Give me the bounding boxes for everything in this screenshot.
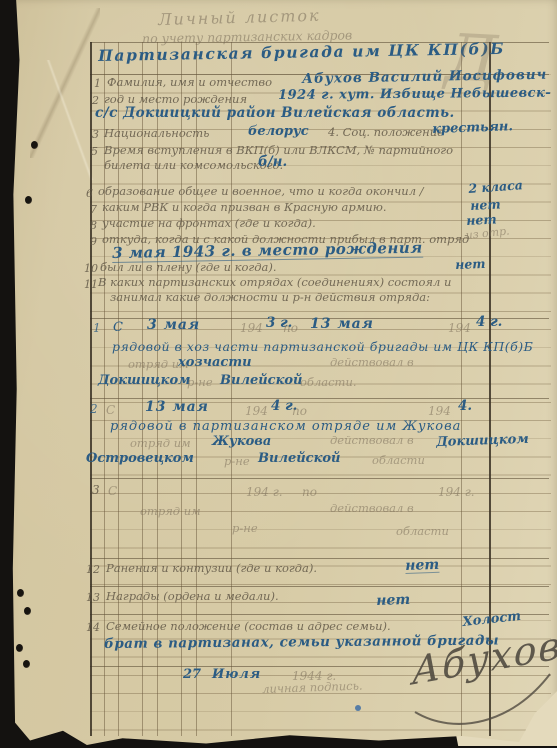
entry1-otryad: хозчасти [178,356,252,369]
punch-hole [31,141,38,149]
q13-label: Награды (ордена и медали). [106,591,279,603]
punch-hole [24,607,31,615]
entry2-acted-label: действовал в [330,435,414,447]
entry1-role: рядовой в хоз части партизанской бригады… [112,341,533,354]
q12-label: Ранения и контузии (где и когда). [106,563,317,575]
entry2-oblast: Вилейской [258,452,341,465]
entry1-number: 1 [93,322,101,334]
q4-answer: крестьян. [432,120,513,136]
q11-number: 11 [84,279,98,290]
entry1-rne-label: р-не [187,377,213,389]
entry3-otryad-label: отряд им [140,506,201,518]
entry2-otryad-label: отряд им [130,438,191,450]
entry1-oblast-label: области. [300,377,357,389]
q5-answer: б/н. [258,156,287,170]
grid-hline [90,586,549,587]
entry3-acted-label: действовал в [330,503,414,515]
q4-label: 4. Соц. положение [328,127,444,139]
entry1-district: Докшицком [98,374,191,387]
q12-number: 12 [86,564,100,575]
entry2-rne-label: р-не [224,456,250,468]
entry1-year1-preprint: 194 [240,322,263,334]
entry1-po: по [283,322,298,334]
q7-number: 7 [90,204,97,215]
grid-hline [90,558,549,559]
q9-number: 9 [90,236,97,247]
entry1-year2-preprint: 194 [448,322,471,334]
punch-hole [23,660,30,668]
entry3-year1-preprint: 194 г. [246,486,283,498]
q14-number: 14 [86,622,100,633]
q13-number: 13 [86,592,100,603]
entry2-from: С [106,404,115,416]
q10-number: 10 [84,263,98,274]
ink-blot [355,705,361,711]
document-paper: Личный листок по учету партизанских кадр… [0,0,557,748]
q1-label: Фамилия, имя и отчество [107,77,272,89]
date-month: Июля [212,668,261,681]
date-day: 27 [183,668,201,681]
entry1-date1: 3 мая [147,318,200,332]
q2-answer-line2: с/с Докшицкий район Вилейская область. [95,107,455,121]
entry1-date2: 13 мая [310,317,374,331]
entry2-role: рядовой в партизанском отряде им Жукова [110,420,461,433]
punch-hole [16,644,23,652]
entry2-district-right: Докшицком [436,433,529,449]
doc-title: Личный листок [158,8,321,28]
entry2-year2-preprint: 194 [428,405,451,417]
entry2-year1-preprint: 194 [245,405,268,417]
q11-label-line2: занимал какие должности и р-н действия о… [110,292,430,304]
q6-label: образование общее и военное, что и когда… [98,186,424,198]
q2-label: год и место рождения [104,94,247,106]
entry3-rne-label: р-не [232,523,258,535]
entry1-year2: 4 г. [476,316,502,330]
entry2-number: 2 [90,403,98,415]
entry3-year2-preprint: 194 г. [438,486,475,498]
entry2-year2: 4. [458,400,472,414]
q8-label: участие на фронтах (где и когда). [102,218,316,230]
grid-hline [90,478,549,479]
q3-label: Национальность [104,128,209,140]
entry3-from: С [108,485,117,497]
q7-answer: нет [470,198,501,212]
entry3-number: 3 [92,484,100,496]
q1-number: 1 [94,78,101,89]
q8-number: 8 [90,220,97,231]
entry2-otryad: Жукова [212,435,271,448]
entry1-from: С [113,321,123,334]
entry1-oblast: Вилейской [220,374,303,387]
entry2-district: Островецком [86,452,194,465]
punch-hole [25,196,32,204]
q2-answer: 1924 г. хут. Избище Небышевск- [278,87,551,102]
entry3-po: по [302,486,317,498]
q6-number: 6 [86,188,93,199]
q7-label: каким РВК и когда призван в Красную арми… [102,202,387,214]
q3-answer: белорус [248,125,309,138]
punch-hole [17,589,24,597]
q10-answer: нет [455,258,486,272]
entry2-date1: 13 мая [145,400,209,414]
q11-label: В каких партизанских отрядах (соединения… [98,277,451,289]
q5-number: 5 [91,146,98,157]
q5-label-line2: билета или комсомольского. [104,160,283,172]
entry2-oblast-label: области [372,455,425,467]
q10-label: был ли в плену (где и когда). [100,262,277,274]
entry3-oblast-label: области [396,526,449,538]
q14-label: Семейное положение (состав и адрес семьи… [106,621,391,633]
q12-answer: нет [405,558,439,574]
q3-number: 3 [92,129,99,140]
q13-answer: нет [376,593,410,608]
entry1-acted-label: действовал в [330,357,414,369]
entry2-po: по [292,405,307,417]
